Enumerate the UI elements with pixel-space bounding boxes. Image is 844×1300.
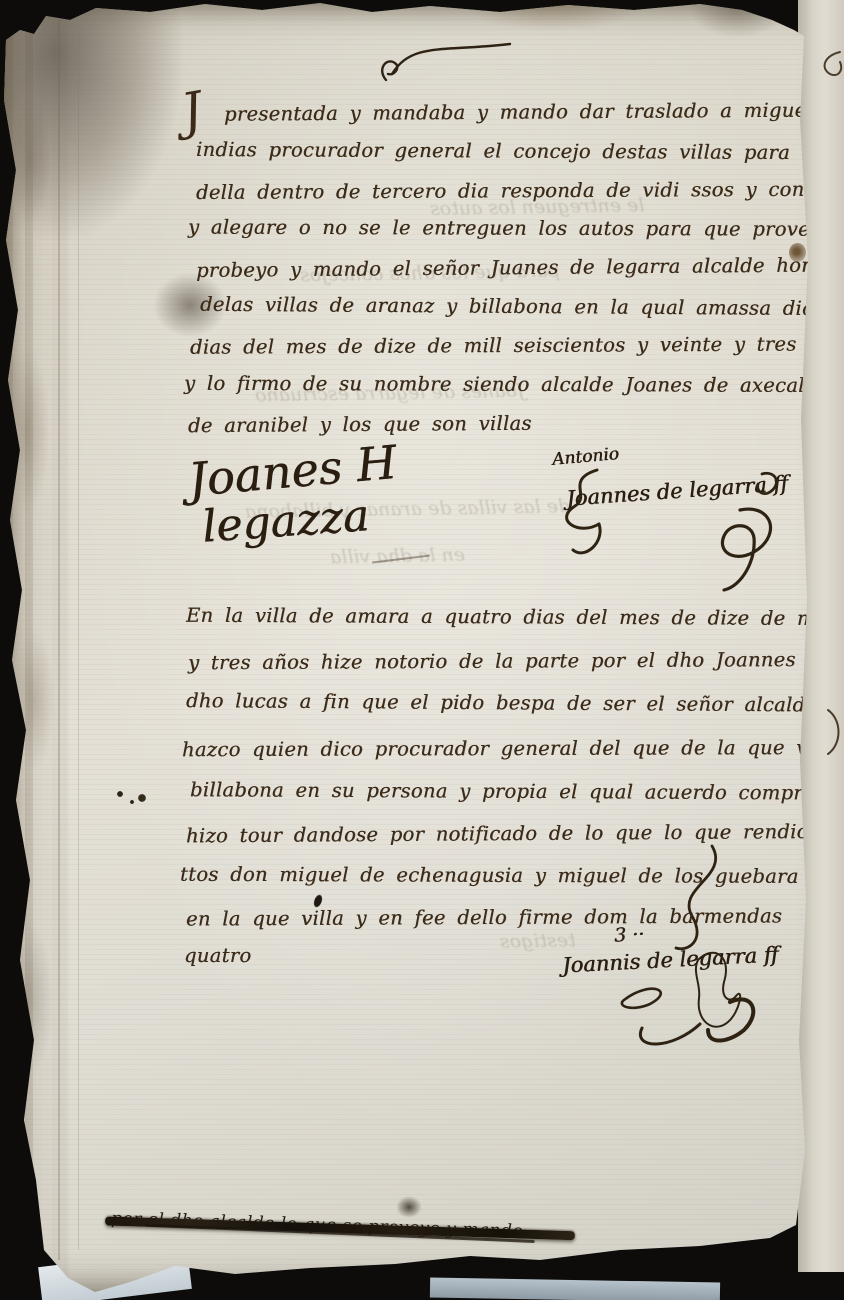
next-page-ink-mark-middle bbox=[824, 706, 844, 758]
manuscript-text-line: probeyo y mando el señor Juanes de legar… bbox=[196, 253, 844, 282]
manuscript-text-line: indias procurador general el concejo des… bbox=[196, 138, 844, 165]
manuscript-text-line: hazco quien dico procurador general del … bbox=[182, 736, 844, 761]
manuscript-scan: le entreguen los autos para que los dhos… bbox=[0, 0, 844, 1300]
manuscript-text-line: y tres años hize notorio de la parte por… bbox=[188, 647, 844, 675]
manuscript-text-line: dias del mes de dize de mill seiscientos… bbox=[190, 332, 844, 358]
signature-legarra-initial-flourish bbox=[545, 462, 615, 572]
next-page-ink-mark-top bbox=[816, 48, 844, 82]
top-pen-flourish bbox=[372, 30, 522, 90]
bleedthrough-line: testigos bbox=[500, 929, 576, 952]
vertical-crease bbox=[58, 20, 60, 1260]
signature-joanes-line2: legazza bbox=[200, 490, 370, 553]
manuscript-page: le entreguen los autos para que los dhos… bbox=[0, 0, 844, 1300]
manuscript-text-line: y alegare o no se le entreguen los autos… bbox=[188, 216, 844, 242]
signature2-rubric bbox=[580, 840, 800, 1070]
paragraph1-initial: J bbox=[177, 81, 207, 142]
torn-left-edge bbox=[0, 0, 84, 1300]
manuscript-text-line: delas villas de aranaz y billabona en la… bbox=[200, 293, 844, 321]
top-right-smudge bbox=[688, 0, 788, 38]
manuscript-text-line: dho lucas a fin que el pido bespa de ser… bbox=[186, 689, 844, 718]
ink-specks bbox=[112, 784, 158, 812]
signature-legarra-rubric bbox=[690, 462, 785, 602]
manuscript-text-line: billabona en su persona y propia el qual… bbox=[190, 778, 844, 805]
bleedthrough-line: en la dha villa bbox=[330, 544, 465, 568]
top-center-stain bbox=[462, 0, 642, 32]
manuscript-text-line: de aranibel y los que son villas bbox=[188, 412, 532, 437]
manuscript-text-line: quatro bbox=[184, 944, 251, 967]
underlying-page-bottom-center bbox=[430, 1277, 720, 1300]
manuscript-text-line: y lo firmo de su nombre siendo alcalde J… bbox=[184, 372, 844, 397]
struck-out-line: por el dho alcalde lo que se proveyo y m… bbox=[105, 1204, 586, 1253]
manuscript-text-line: presentada y mandaba y mando dar traslad… bbox=[224, 97, 844, 125]
manuscript-text-line: della dentro de tercero dia responda de … bbox=[196, 177, 844, 204]
manuscript-text-line: En la villa de amara a quatro dias del m… bbox=[186, 604, 844, 632]
top-left-stain bbox=[0, 0, 186, 244]
vertical-crease-2 bbox=[78, 30, 79, 1250]
